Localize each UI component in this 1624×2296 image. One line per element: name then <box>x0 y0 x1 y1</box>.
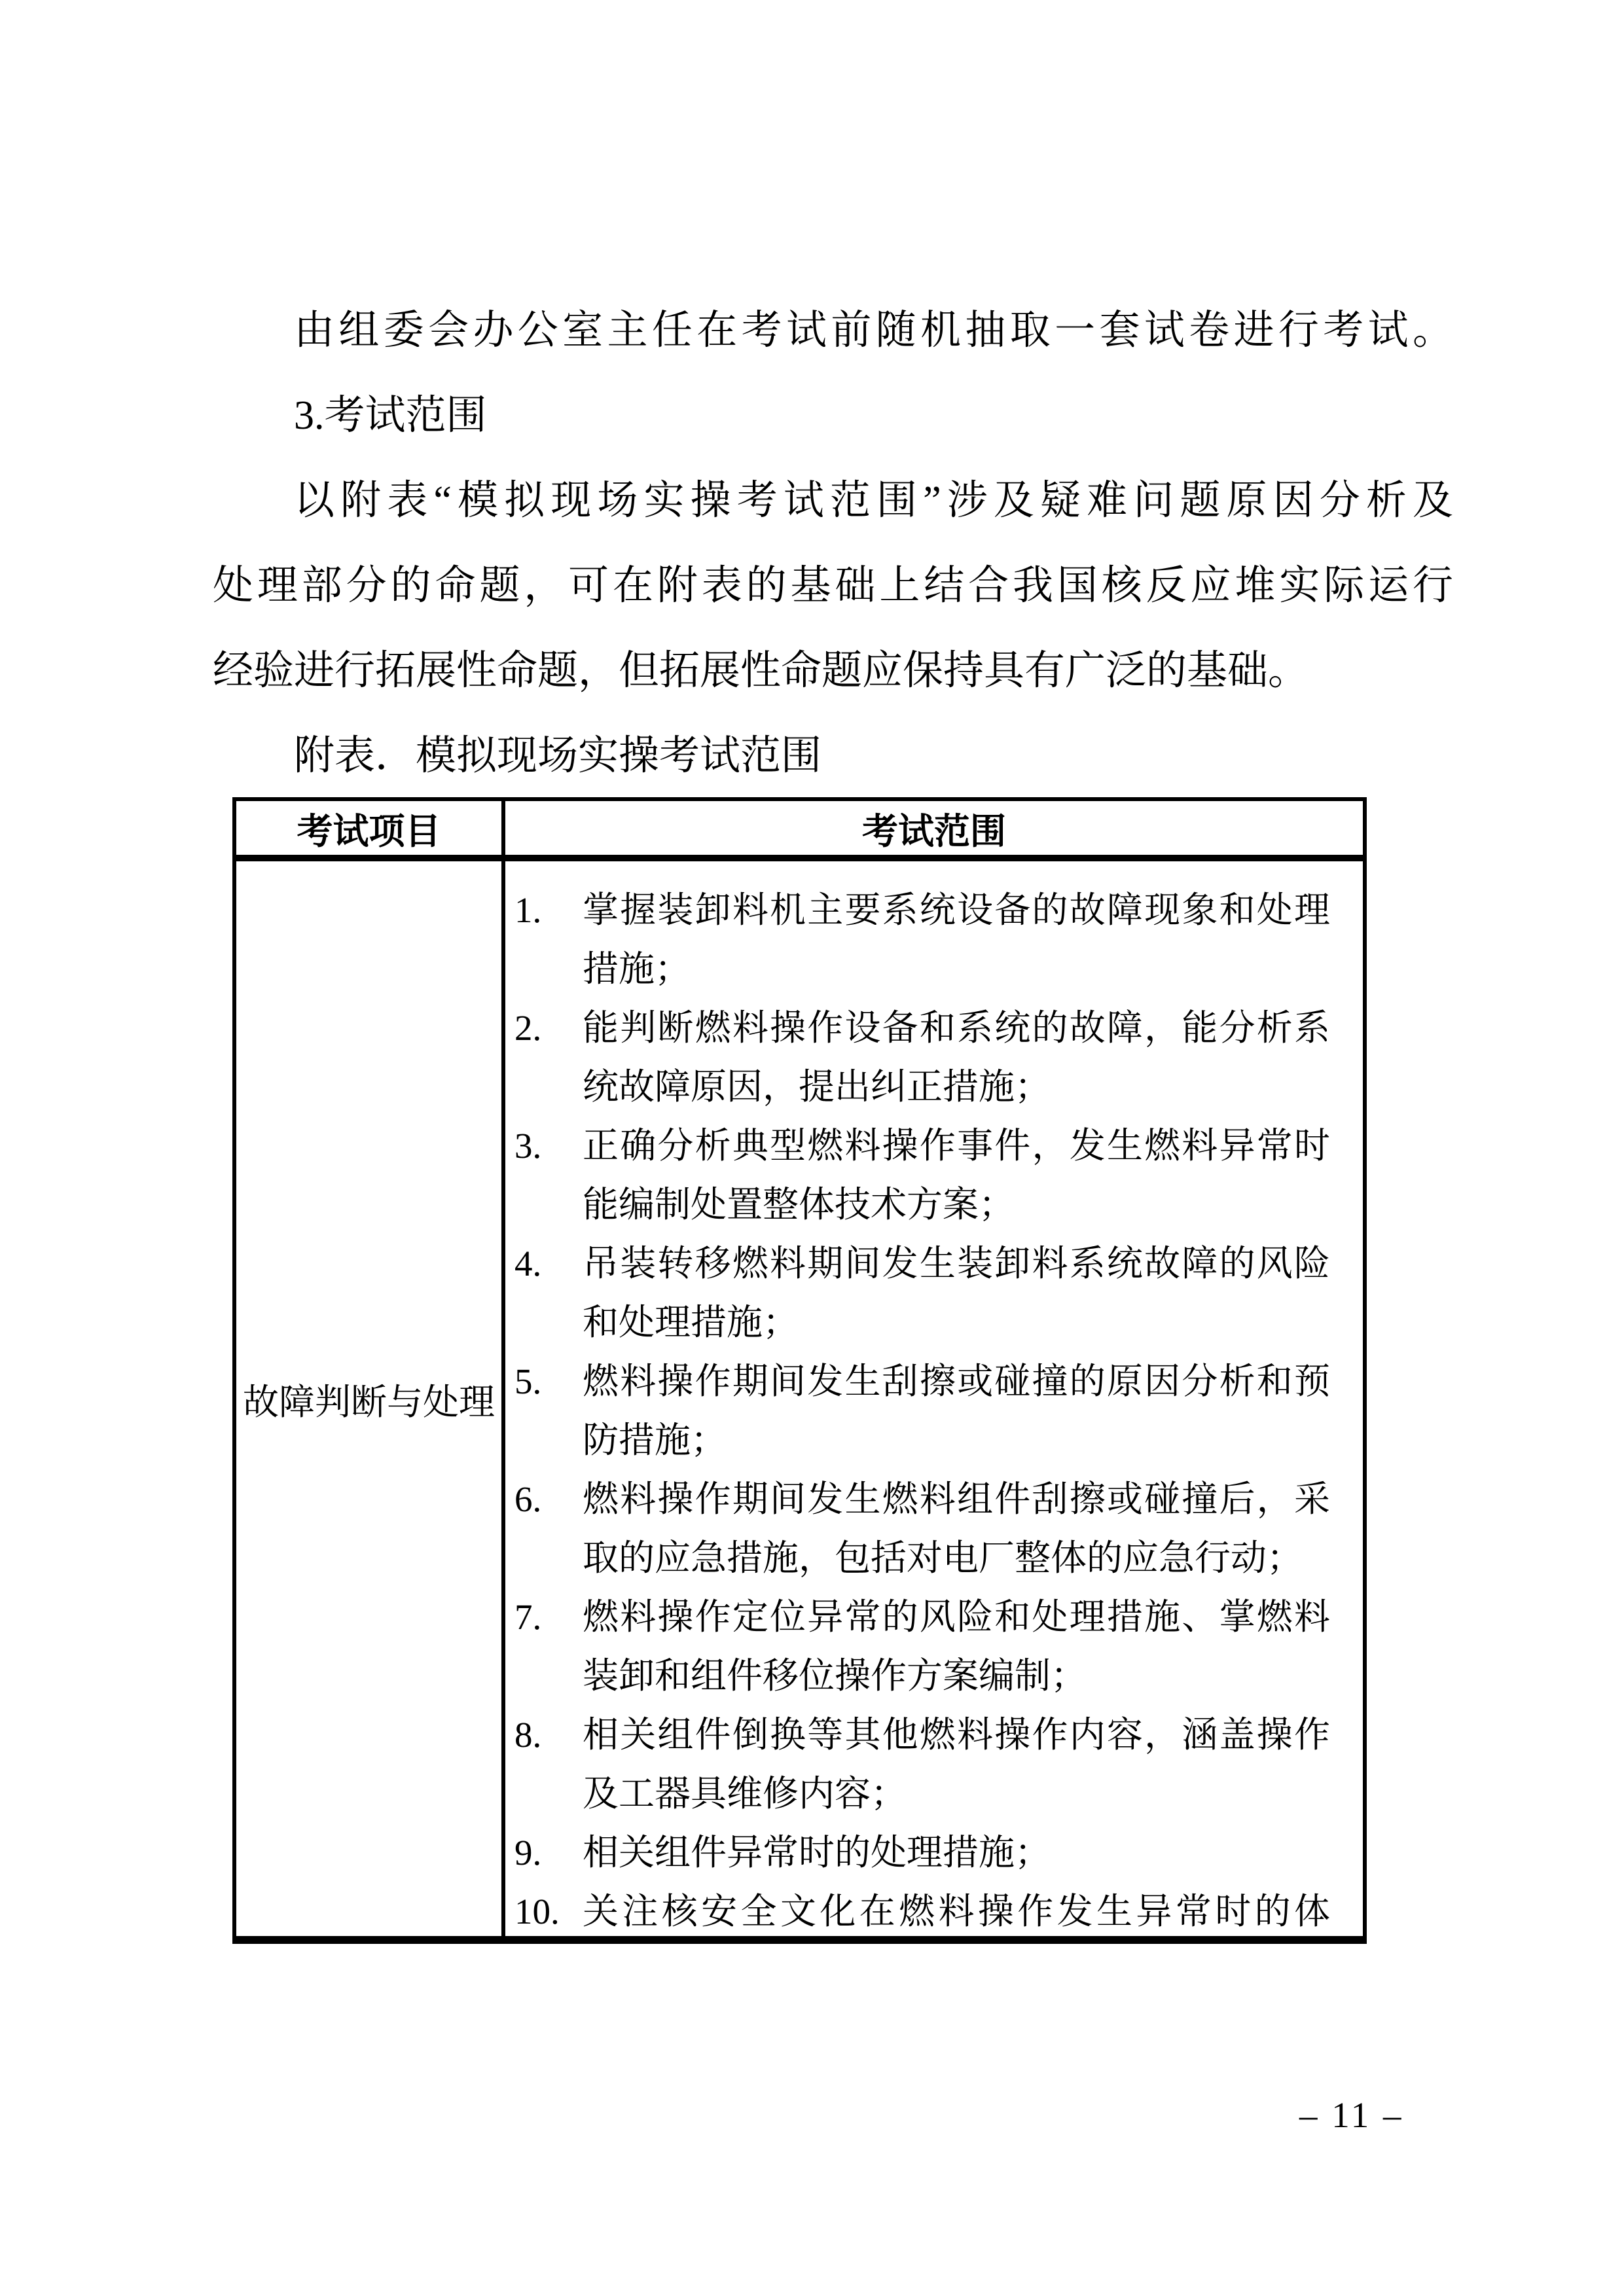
item-number: 4. <box>514 1234 583 1352</box>
item-text: 相关组件倒换等其他燃料操作内容，涵盖操作及工器具维修内容； <box>583 1706 1330 1823</box>
row-label-fault-diagnosis: 故障判断与处理 <box>236 861 505 1936</box>
list-item: 6. 燃料操作期间发生燃料组件刮擦或碰撞后，采取的应急措施，包括对电厂整体的应急… <box>514 1470 1330 1588</box>
item-number: 1. <box>514 881 583 999</box>
item-text: 相关组件异常时的处理措施； <box>583 1823 1330 1882</box>
item-number: 6. <box>514 1470 583 1588</box>
item-number: 2. <box>514 999 583 1117</box>
item-number: 5. <box>514 1352 583 1470</box>
paragraph-line-2: 处理部分的命题，可在附表的基础上结合我国核反应堆实际运行 <box>213 543 1453 628</box>
paragraph-line-3: 经验进行拓展性命题，但拓展性命题应保持具有广泛的基础。 <box>213 628 1453 713</box>
item-text: 吊装转移燃料期间发生装卸料系统故障的风险和处理措施； <box>583 1234 1330 1352</box>
item-number: 7. <box>514 1588 583 1706</box>
item-number: 9. <box>514 1823 583 1882</box>
list-item: 9. 相关组件异常时的处理措施； <box>514 1823 1330 1882</box>
document-page: 由组委会办公室主任在考试前随机抽取一套试卷进行考试。 3.考试范围 以附表“模拟… <box>0 0 1624 2296</box>
table-header-exam-scope: 考试范围 <box>505 801 1363 861</box>
list-item: 8. 相关组件倒换等其他燃料操作内容，涵盖操作及工器具维修内容； <box>514 1706 1330 1823</box>
item-number: 10. <box>514 1882 583 1936</box>
list-item: 5. 燃料操作期间发生刮擦或碰撞的原因分析和预防措施； <box>514 1352 1330 1470</box>
section-heading: 3.考试范围 <box>213 373 1453 458</box>
intro-line: 由组委会办公室主任在考试前随机抽取一套试卷进行考试。 <box>213 288 1453 373</box>
body-text-block: 由组委会办公室主任在考试前随机抽取一套试卷进行考试。 3.考试范围 以附表“模拟… <box>213 288 1453 798</box>
list-item: 3. 正确分析典型燃料操作事件，发生燃料异常时能编制处置整体技术方案； <box>514 1117 1330 1234</box>
list-item: 2. 能判断燃料操作设备和系统的故障，能分析系统故障原因，提出纠正措施； <box>514 999 1330 1117</box>
list-item: 1. 掌握装卸料机主要系统设备的故障现象和处理措施； <box>514 881 1330 999</box>
paragraph-line-1: 以附表“模拟现场实操考试范围”涉及疑难问题原因分析及 <box>213 458 1453 543</box>
exam-scope-table: 考试项目 考试范围 故障判断与处理 1. 掌握装卸料机主要系统设备的故障现象和处… <box>232 797 1367 1944</box>
table-header-exam-item: 考试项目 <box>236 801 505 861</box>
item-text: 关注核安全文化在燃料操作发生异常时的体现； <box>583 1882 1330 1936</box>
item-text: 能判断燃料操作设备和系统的故障，能分析系统故障原因，提出纠正措施； <box>583 999 1330 1117</box>
item-text: 燃料操作定位异常的风险和处理措施、掌燃料装卸和组件移位操作方案编制； <box>583 1588 1330 1706</box>
item-number: 8. <box>514 1706 583 1823</box>
item-text: 掌握装卸料机主要系统设备的故障现象和处理措施； <box>583 881 1330 999</box>
item-text: 正确分析典型燃料操作事件，发生燃料异常时能编制处置整体技术方案； <box>583 1117 1330 1234</box>
item-text: 燃料操作期间发生燃料组件刮擦或碰撞后，采取的应急措施，包括对电厂整体的应急行动； <box>583 1470 1330 1588</box>
table-caption: 附表．模拟现场实操考试范围 <box>213 713 1453 798</box>
list-item: 4. 吊装转移燃料期间发生装卸料系统故障的风险和处理措施； <box>514 1234 1330 1352</box>
list-item: 7. 燃料操作定位异常的风险和处理措施、掌燃料装卸和组件移位操作方案编制； <box>514 1588 1330 1706</box>
exam-scope-list: 1. 掌握装卸料机主要系统设备的故障现象和处理措施； 2. 能判断燃料操作设备和… <box>505 861 1363 1936</box>
page-number: – 11 – <box>1299 2094 1403 2136</box>
list-item: 10. 关注核安全文化在燃料操作发生异常时的体现； <box>514 1882 1330 1936</box>
item-text: 燃料操作期间发生刮擦或碰撞的原因分析和预防措施； <box>583 1352 1330 1470</box>
item-number: 3. <box>514 1117 583 1234</box>
